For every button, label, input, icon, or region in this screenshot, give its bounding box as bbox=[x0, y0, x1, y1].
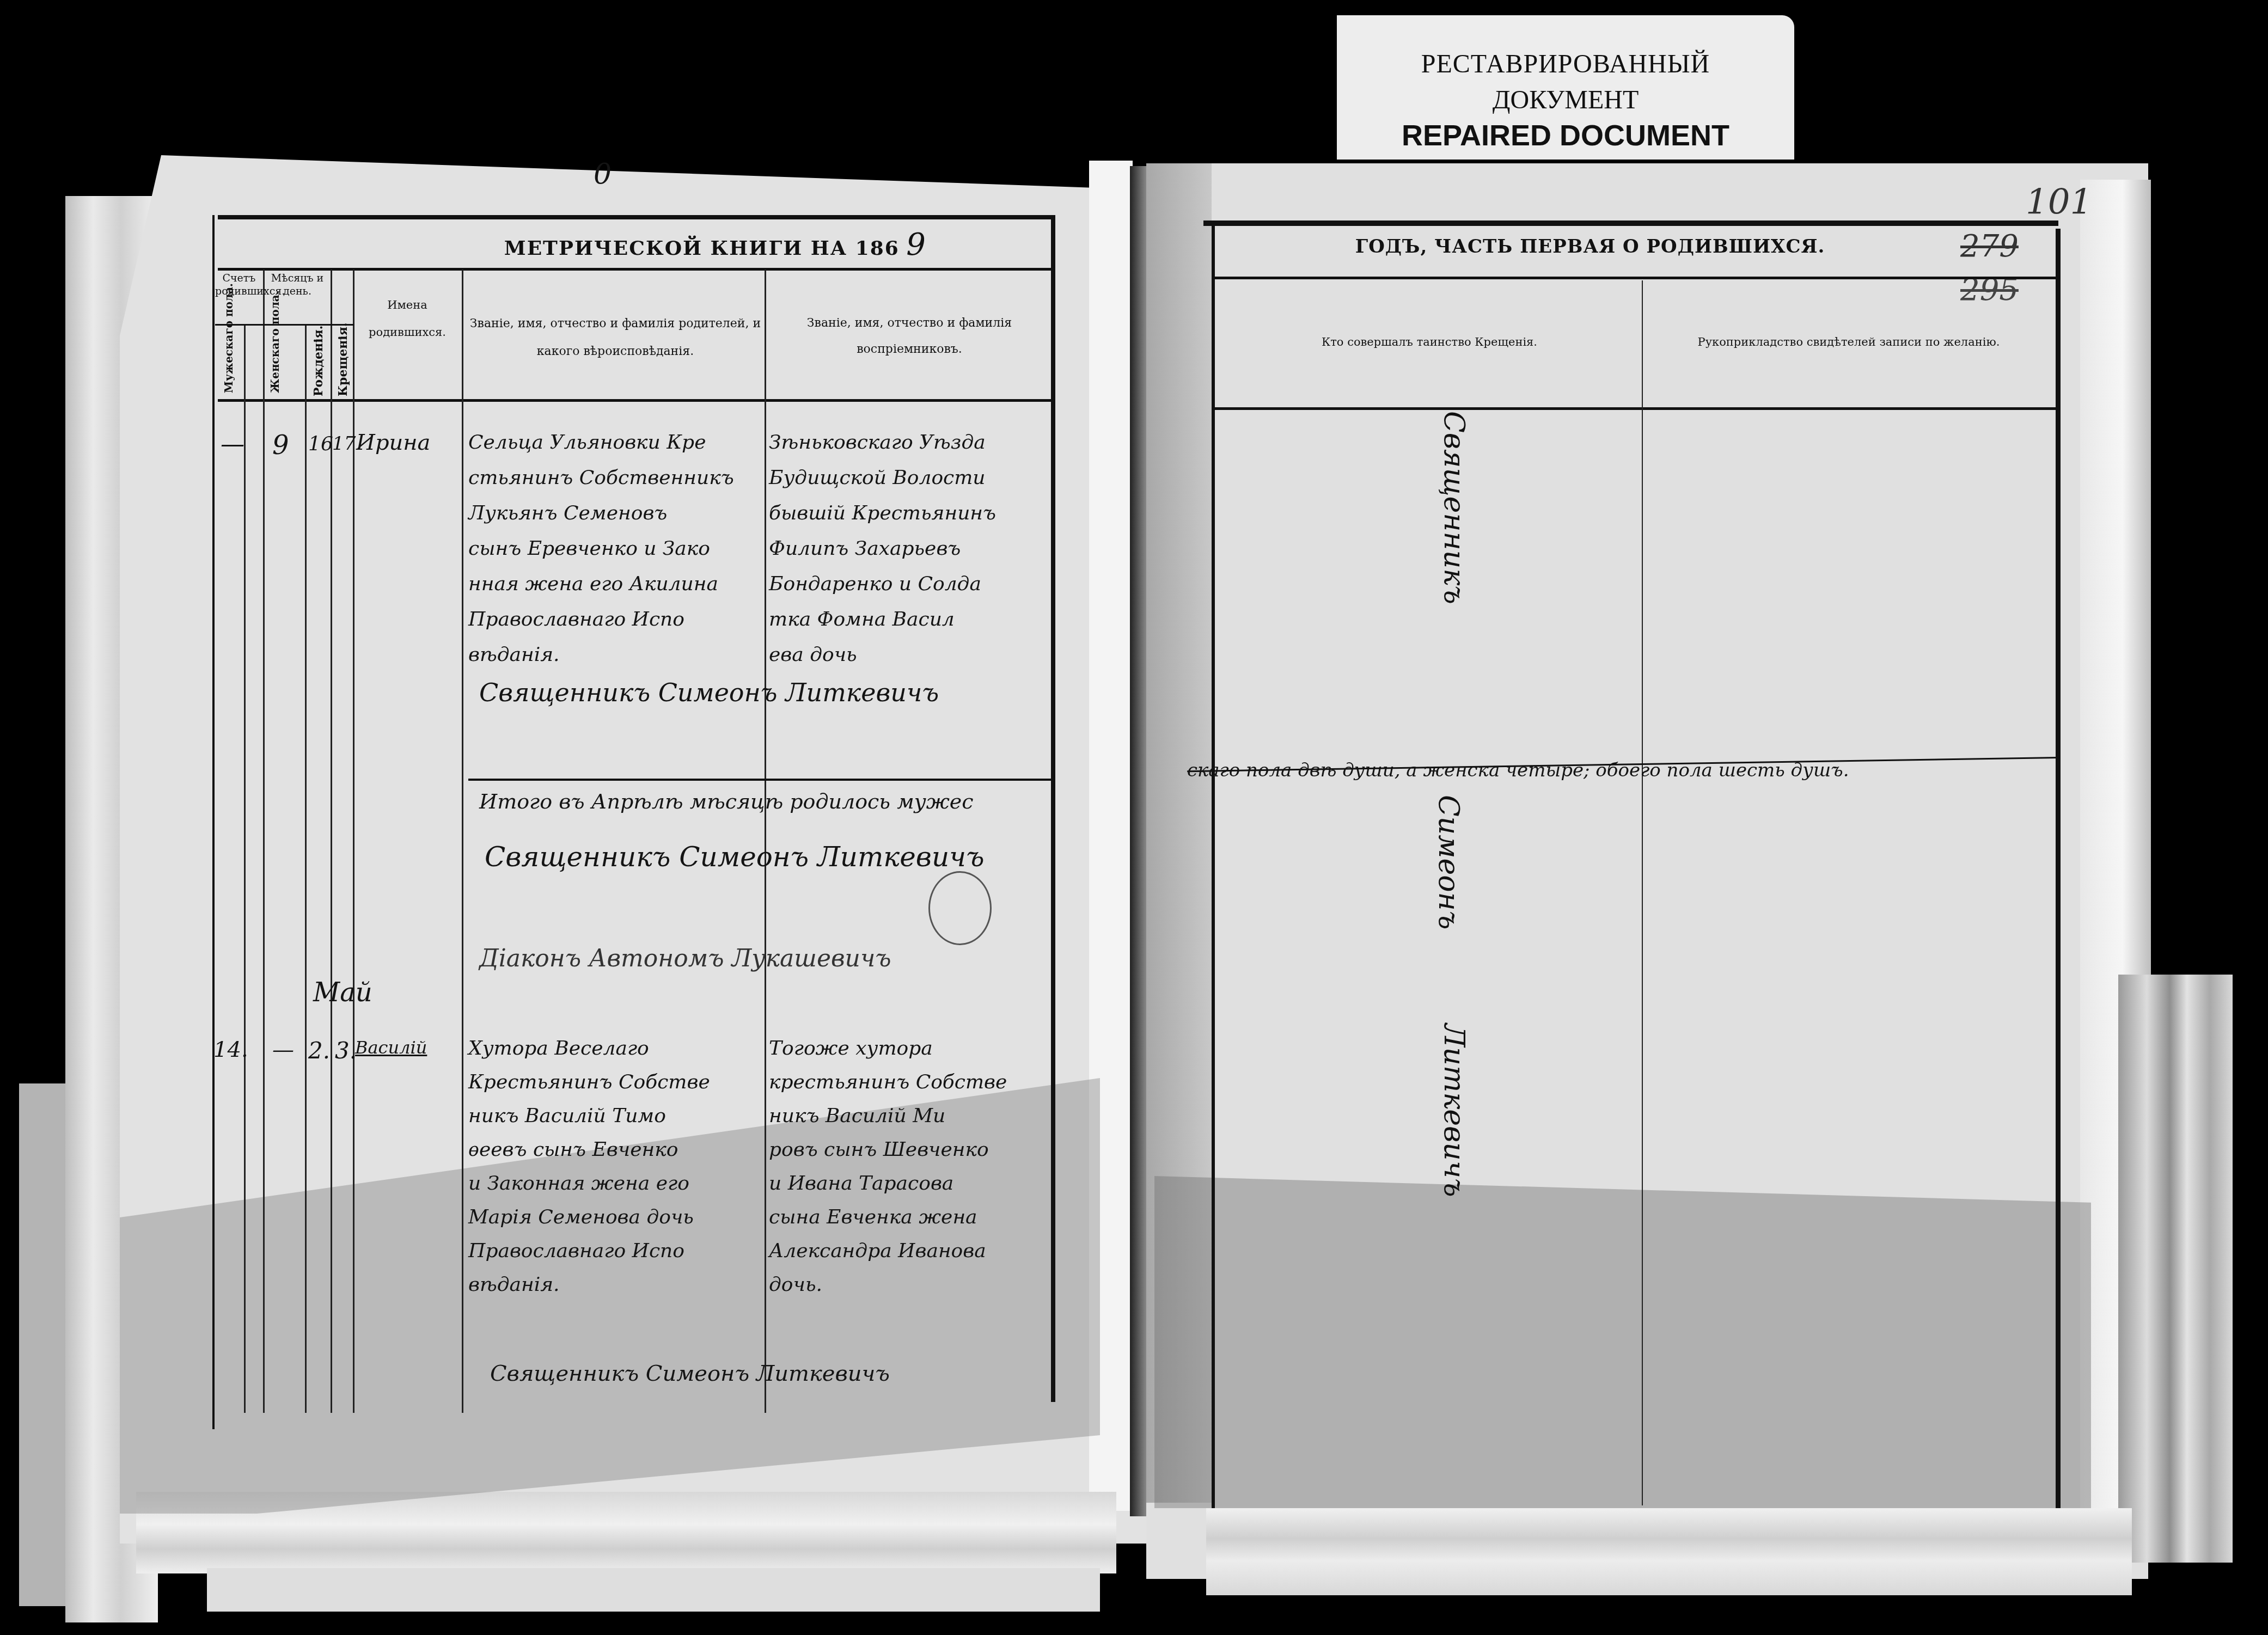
entry1-parents-line: вѣданія. bbox=[468, 637, 765, 672]
right-header-rule-bottom bbox=[1214, 407, 2058, 410]
col-line-3 bbox=[305, 324, 307, 1413]
entry1-godparents-line: тка Фомна Васил bbox=[769, 602, 1052, 637]
entry1-godparents-line: ева дочь bbox=[769, 637, 1052, 672]
entry2-godparents-line: Александра Иванова bbox=[769, 1234, 1052, 1268]
left-title-rule-top bbox=[218, 215, 1051, 219]
right-col-divider bbox=[1642, 280, 1643, 1505]
header-witnesses: Рукоприкладство свидѣтелей записи по жел… bbox=[1645, 335, 2053, 349]
folio-number: 101 bbox=[2026, 182, 2092, 223]
right-header-rule-top bbox=[1214, 277, 2058, 279]
entry1-birth-day: 16 bbox=[308, 433, 333, 455]
right-frame-right bbox=[2056, 229, 2061, 1508]
entry2-godparents-line: ровъ сынъ Шевченко bbox=[769, 1133, 1052, 1167]
entry1-godparents-line: Филипъ Захарьевъ bbox=[769, 531, 1052, 566]
entry2-parents-line: Православнаго Испо bbox=[468, 1234, 765, 1268]
entry2-godparents-line: Тогоже хутора bbox=[769, 1032, 1052, 1065]
entry2-parents-line: и Законная жена его bbox=[468, 1167, 765, 1201]
header-godparents: Званіе, имя, отчество и фамилія воспріем… bbox=[768, 310, 1051, 363]
repaired-document-stamp: РЕСТАВРИРОВАННЫЙ ДОКУМЕНТ REPAIRED DOCUM… bbox=[1337, 15, 1794, 160]
entry1-signature: Священникъ Симеонъ Литкевичъ bbox=[479, 678, 939, 707]
entry1-godparents-line: Бондаренко и Солда bbox=[769, 566, 1052, 602]
entry1-godparents: Зѣньковскаго Уѣзда Будищской Волости быв… bbox=[769, 425, 1052, 672]
entry2-parents-line: Крестьянинъ Собстве bbox=[468, 1065, 765, 1099]
entry1-godparents-line: Будищской Волости bbox=[769, 460, 1052, 495]
april-summary-rule bbox=[468, 779, 1051, 781]
entry2-baptizer-line: Литкевичъ bbox=[1438, 1024, 1470, 1197]
entry2-parents-line: вѣданія. bbox=[468, 1268, 765, 1302]
entry1-parents-line: стьянинъ Собственникъ bbox=[468, 460, 765, 495]
left-frame-left bbox=[212, 215, 215, 1429]
entry1-male: — bbox=[221, 430, 244, 458]
header-parents: Званіе, имя, отчество и фамилія родителе… bbox=[468, 310, 762, 365]
entry2-godparents-line: и Ивана Тарасова bbox=[769, 1167, 1052, 1201]
right-page-title: ГОДЪ, ЧАСТЬ ПЕРВАЯ О РОДИВШИХСЯ. bbox=[1252, 235, 1928, 259]
summary-continuation: скаго пола двѣ души, а женска четыре; об… bbox=[1187, 760, 1849, 781]
entry2-male: 14. bbox=[213, 1037, 248, 1062]
april-summary-line: Итого въ Апрѣлѣ мѣсяцѣ родилось мужес bbox=[479, 789, 974, 813]
stamp-line-2: ДОКУМЕНТ bbox=[1337, 85, 1794, 115]
entry2-baptism-day: 3. bbox=[335, 1037, 357, 1064]
left-header-rule-top bbox=[218, 268, 1051, 271]
header-birth: Рожденія. bbox=[311, 326, 326, 396]
entry2-signature: Священникъ Симеонъ Литкевичъ bbox=[490, 1361, 890, 1386]
entry1-parents-line: нная жена его Акилина bbox=[468, 566, 765, 602]
header-female: Женскаго пола. bbox=[268, 322, 282, 393]
right-title-rule-top bbox=[1203, 221, 2058, 226]
entry2-godparents-line: сына Евченка жена bbox=[769, 1201, 1052, 1234]
page-number-struck: 279 bbox=[1960, 229, 2019, 264]
right-frame-left bbox=[1212, 223, 1215, 1508]
april-summary-deacon-signature: Діаконъ Автономъ Лукашевичъ bbox=[479, 945, 891, 972]
header-baptizer: Кто совершалъ таинство Крещенія. bbox=[1220, 335, 1639, 349]
repair-tape-right bbox=[1154, 1176, 2091, 1508]
entry2-female: — bbox=[272, 1037, 294, 1062]
entry1-godparents-line: Зѣньковскаго Уѣзда bbox=[769, 425, 1052, 460]
april-summary-priest-signature: Священникъ Симеонъ Литкевичъ bbox=[485, 841, 985, 873]
left-header-rule-bottom bbox=[218, 399, 1051, 402]
entry1-female: 9 bbox=[272, 430, 289, 461]
header-male: Мужескаго пола. bbox=[222, 322, 235, 393]
col-line-1 bbox=[244, 324, 246, 1413]
left-title-year: 9 bbox=[906, 227, 926, 262]
left-page-bottom-sheet-2 bbox=[207, 1568, 1100, 1612]
entry2-godparents: Тогоже хутора крестьянинъ Собстве никъ В… bbox=[769, 1032, 1052, 1302]
entry2-baptizer-line: Симеонъ bbox=[1432, 795, 1465, 929]
entry2-parents-line: никъ Василій Тимо bbox=[468, 1099, 765, 1133]
entry1-baptizer: Священникъ bbox=[1438, 411, 1470, 604]
entry1-parents-line: Православнаго Испо bbox=[468, 602, 765, 637]
entry1-parents-line: сынъ Еревченко и Зако bbox=[468, 531, 765, 566]
entry2-name: Василій bbox=[355, 1037, 427, 1058]
stamp-line-3: REPAIRED DOCUMENT bbox=[1337, 119, 1794, 152]
col-line-6 bbox=[462, 270, 463, 1413]
entry2-godparents-line: дочь. bbox=[769, 1268, 1052, 1302]
stamp-line-1: РЕСТАВРИРОВАННЫЙ bbox=[1337, 49, 1794, 79]
entry1-name: Ирина bbox=[356, 430, 430, 455]
right-page-edge-stack bbox=[2118, 975, 2233, 1563]
entry1-parents-line: Сельца Ульяновки Кре bbox=[468, 425, 765, 460]
right-page-bottom-sheets bbox=[1206, 1508, 2132, 1595]
col-line-2 bbox=[263, 270, 265, 1413]
entry2-godparents-line: крестьянинъ Собстве bbox=[769, 1065, 1052, 1099]
month-label-may: Май bbox=[313, 977, 372, 1008]
entry1-parents: Сельца Ульяновки Кре стьянинъ Собственни… bbox=[468, 425, 765, 672]
entry2-birth-day: 2. bbox=[308, 1037, 330, 1064]
entry2-parents: Хутора Веселаго Крестьянинъ Собстве никъ… bbox=[468, 1032, 765, 1302]
entry1-godparents-line: бывшій Крестьянинъ bbox=[769, 495, 1052, 531]
flourish-loop bbox=[928, 871, 992, 945]
entry2-parents-line: Марія Семенова дочь bbox=[468, 1201, 765, 1234]
header-names: Имена родившихся. bbox=[354, 291, 461, 346]
entry1-parents-line: Лукьянъ Семеновъ bbox=[468, 495, 765, 531]
spine-shadow bbox=[1130, 166, 1146, 1516]
left-page-title: МЕТРИЧЕСКОЙ КНИГИ НА 186 9 bbox=[327, 226, 926, 264]
left-title-text: МЕТРИЧЕСКОЙ КНИГИ НА 186 bbox=[504, 237, 900, 260]
entry2-parents-line: ѳеевъ сынъ Евченко bbox=[468, 1133, 765, 1167]
entry2-godparents-line: никъ Василій Ми bbox=[769, 1099, 1052, 1133]
entry2-parents-line: Хутора Веселаго bbox=[468, 1032, 765, 1065]
header-baptism: Крещенія. bbox=[336, 326, 350, 396]
left-top-mark: 0 bbox=[594, 158, 612, 191]
